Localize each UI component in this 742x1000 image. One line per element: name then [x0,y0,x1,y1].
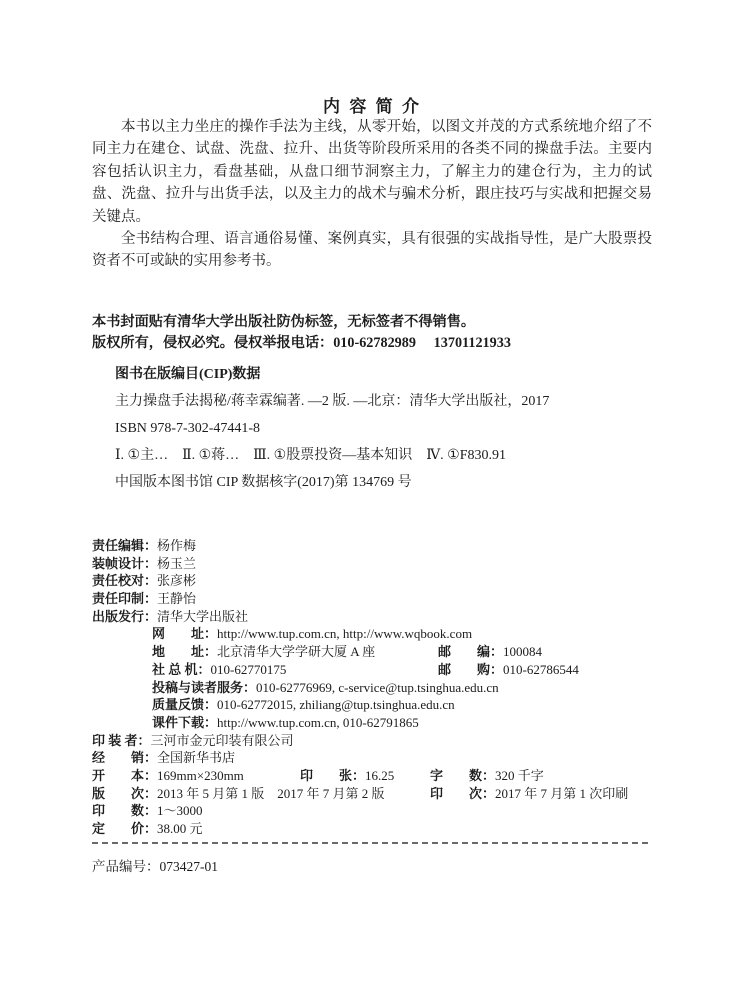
credit-value: 三河市金元印装有限公司 [151,733,294,748]
credit-value: 2013 年 5 月第 1 版 2017 年 7 月第 2 版 [157,786,385,801]
product-code-value: 073427-01 [160,859,219,874]
credit-row-print-run: 印 数：1～3000 [92,802,712,820]
credit-label: 印 数： [92,803,157,818]
product-code: 产品编号：073427-01 [92,855,218,875]
credit-row-binder: 印 装 者：三河市金元印装有限公司 [92,732,712,750]
intro-paragraph-2: 全书结构合理、语言通俗易懂、案例真实，具有很强的实战指导性，是广大股票投资者不可… [92,228,652,273]
cip-heading: 图书在版编目(CIP)数据 [115,361,655,388]
credit-label: 质量反馈： [152,697,217,712]
credit-label: 印 张： [300,768,365,783]
credit-label: 责任印制： [92,591,157,606]
credit-value: 杨玉兰 [157,556,196,571]
credit-label: 开 本： [92,768,157,783]
mail-order-field: 邮 购：010-62786544 [438,661,579,679]
credit-label: 地 址： [152,644,217,659]
cip-data-block: 图书在版编目(CIP)数据 主力操盘手法揭秘/蒋幸霖编著. —2 版. —北京：… [115,361,655,496]
imprint-block: 责任编辑：杨作梅 装帧设计：杨玉兰 责任校对：张彦彬 责任印制：王静怡 出版发行… [92,537,712,838]
credit-label: 责任校对： [92,573,157,588]
credit-label: 课件下载： [152,715,217,730]
postcode-field: 邮 编：100084 [438,643,542,661]
credit-value: 38.00 元 [157,821,203,836]
credit-value: 010-62786544 [503,662,579,677]
credit-value: 王静怡 [157,591,196,606]
copyright-notice-line: 版权所有，侵权必究。侵权举报电话：010-62782989 1370112193… [92,333,662,354]
credit-row-format: 开 本：169mm×230mm 印 张：16.25 字 数：320 千字 [92,767,712,785]
credit-value: 2017 年 7 月第 1 次印刷 [495,786,628,801]
credit-row-distributor: 经 销：全国新华书店 [92,749,712,767]
credit-value: http://www.tup.com.cn, 010-62791865 [217,715,419,730]
credit-value: 169mm×230mm [157,768,244,783]
credit-value: 杨作梅 [157,538,196,553]
credit-label: 印 装 者： [92,733,151,748]
credit-row-editor: 责任编辑：杨作梅 [92,537,712,555]
credit-value: 010-62772015, zhiliang@tup.tsinghua.edu.… [217,697,455,712]
credit-row-print-supervisor: 责任印制：王静怡 [92,590,712,608]
credit-row-switchboard: 社 总 机：010-62770175 邮 购：010-62786544 [92,661,712,679]
credit-label: 社 总 机： [152,662,211,677]
cip-classification-line: Ⅰ. ①主… Ⅱ. ①蒋… Ⅲ. ①股票投资—基本知识 Ⅳ. ①F830.91 [115,442,655,469]
credit-value: 全国新华书店 [157,750,235,765]
credit-row-quality-feedback: 质量反馈：010-62772015, zhiliang@tup.tsinghua… [92,696,712,714]
page-title: 内容简介 [0,92,742,117]
credit-label: 定 价： [92,821,157,836]
credit-label: 投稿与读者服务： [152,680,256,695]
cip-isbn-line: ISBN 978-7-302-47441-8 [115,415,655,442]
credit-label: 字 数： [430,768,495,783]
credit-row-publisher: 出版发行：清华大学出版社 [92,608,712,626]
credit-label: 印 次： [430,786,495,801]
sheets-field: 印 张：16.25 [300,767,394,785]
credit-label: 出版发行： [92,609,157,624]
credit-value: 100084 [503,644,542,659]
credit-label: 邮 编： [438,644,503,659]
credit-value: 清华大学出版社 [157,609,248,624]
credit-row-edition: 版 次：2013 年 5 月第 1 版 2017 年 7 月第 2 版 印 次：… [92,785,712,803]
credit-label: 邮 购： [438,662,503,677]
content-summary: 本书以主力坐庄的操作手法为主线，从零开始，以图文并茂的方式系统地介绍了不同主力在… [92,116,652,273]
copyright-page: 内容简介 本书以主力坐庄的操作手法为主线，从零开始，以图文并茂的方式系统地介绍了… [0,0,742,1000]
anti-piracy-notice-line: 本书封面贴有清华大学出版社防伪标签，无标签者不得销售。 [92,312,662,333]
credit-row-reader-service: 投稿与读者服务：010-62776969, c-service@tup.tsin… [92,679,712,697]
word-count-field: 字 数：320 千字 [430,767,544,785]
credit-value: 张彦彬 [157,573,196,588]
credit-row-website: 网 址：http://www.tup.com.cn, http://www.wq… [92,625,712,643]
credit-value: 320 千字 [495,768,544,783]
credit-value: 1～3000 [157,803,203,818]
credit-label: 经 销： [92,750,157,765]
anti-piracy-notice: 本书封面贴有清华大学出版社防伪标签，无标签者不得销售。 版权所有，侵权必究。侵权… [92,312,662,354]
credit-label: 责任编辑： [92,538,157,553]
credit-label: 装帧设计： [92,556,157,571]
cip-entry-line: 主力操盘手法揭秘/蒋幸霖编著. —2 版. —北京：清华大学出版社，2017 [115,388,655,415]
credit-label: 版 次： [92,786,157,801]
dashed-divider [92,842,648,844]
credit-row-address: 地 址：北京清华大学学研大厦 A 座 邮 编：100084 [92,643,712,661]
credit-label: 网 址： [152,626,217,641]
credit-value: 16.25 [365,768,394,783]
intro-paragraph-1: 本书以主力坐庄的操作手法为主线，从零开始，以图文并茂的方式系统地介绍了不同主力在… [92,116,652,228]
credit-row-designer: 装帧设计：杨玉兰 [92,555,712,573]
product-code-label: 产品编号： [92,859,160,874]
credit-row-courseware: 课件下载：http://www.tup.com.cn, 010-62791865 [92,714,712,732]
credit-row-price: 定 价：38.00 元 [92,820,712,838]
cip-record-line: 中国版本图书馆 CIP 数据核字(2017)第 134769 号 [115,469,655,496]
impression-field: 印 次：2017 年 7 月第 1 次印刷 [430,785,628,803]
credit-row-proofreader: 责任校对：张彦彬 [92,572,712,590]
credit-value: 010-62770175 [211,662,287,677]
credit-value: 010-62776969, c-service@tup.tsinghua.edu… [256,680,499,695]
credit-value: http://www.tup.com.cn, http://www.wqbook… [217,626,472,641]
credit-value: 北京清华大学学研大厦 A 座 [217,644,375,659]
